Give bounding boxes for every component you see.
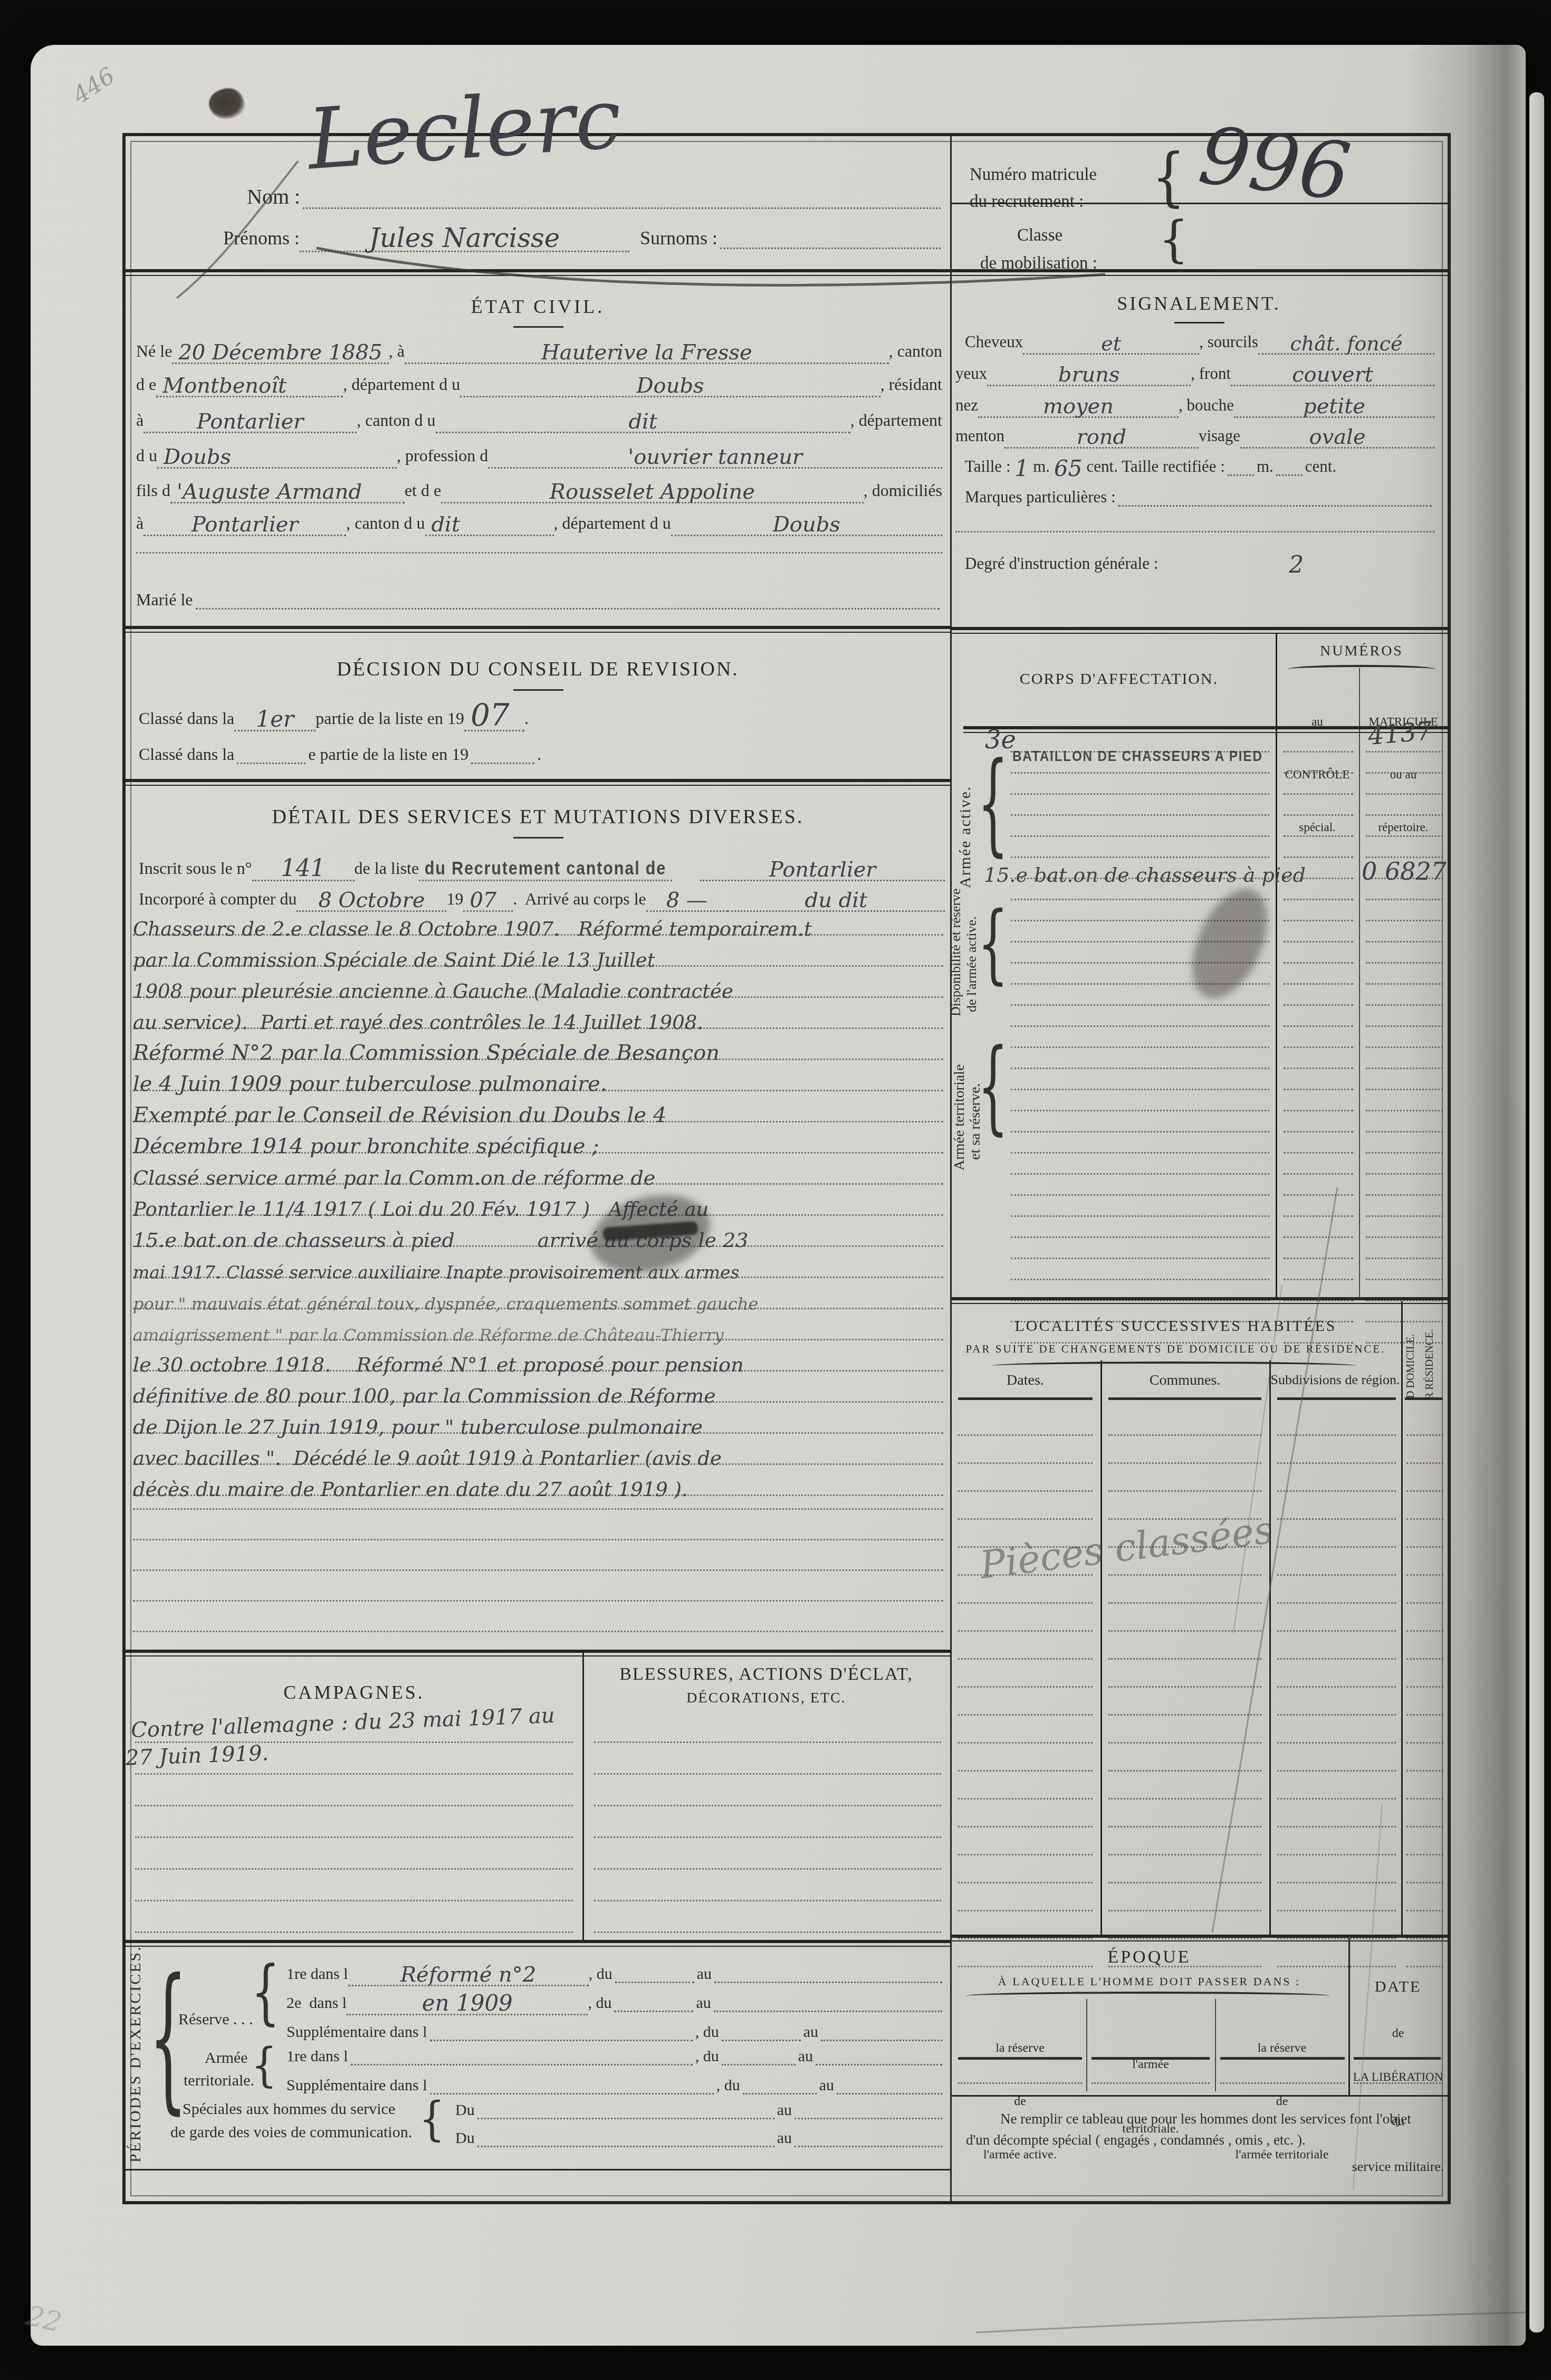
profession-value: 'ouvrier tanneur	[488, 447, 942, 469]
periodes-side-label: PÉRIODES D'EXERCICES.	[127, 1967, 145, 2163]
cheveux-value: et	[1023, 334, 1199, 355]
front-label: , front	[1191, 364, 1231, 386]
register-page: 446 22 Nom : Leclerc Prénoms : Jules Nar…	[31, 45, 1526, 2346]
armee-active-side-label: Armée active.	[956, 751, 974, 888]
decision-row-2: Classé dans la e partie de la liste en 1…	[139, 736, 825, 767]
services-bottom-rule	[126, 1650, 950, 1657]
epoque-col1-line1: la réserve	[955, 2040, 1085, 2058]
yeux-label: yeux	[955, 364, 987, 386]
taille-rect-cm-label: cent.	[1305, 457, 1336, 479]
degre-label: Degré d'instruction générale :	[965, 554, 1158, 576]
birth-place-value: Hauterive la Fresse	[405, 342, 889, 364]
localites-swash	[992, 1362, 1356, 1370]
bataillon-chasseurs-stamp: BATAILLON DE CHASSEURS A PIED	[1012, 747, 1263, 765]
parents-residence-value: Pontarlier	[143, 515, 346, 536]
profession-label: , profession d	[397, 446, 488, 469]
service-line-4: au service). Parti et rayé des contrôles…	[133, 1013, 703, 1032]
epoque-swash	[966, 1992, 1330, 2000]
epoque-bottom-rule	[950, 2095, 1448, 2097]
classe1-partie-value: 1er	[234, 709, 315, 731]
right-column: SIGNALEMENT. Cheveux et , sourcils chât.…	[950, 136, 1448, 2201]
communes-rows	[1108, 1408, 1261, 1967]
canton2-label: , canton d u	[357, 411, 435, 433]
service-line-6: le 4 Juin 1909 pour tuberculose pulmonai…	[133, 1074, 607, 1094]
epoque-note-1: Ne remplir ce tableau que pour les homme…	[1000, 2111, 1411, 2127]
etat-row-2: d e Montbenoît , département d u Doubs ,…	[136, 366, 942, 397]
nom-label: Nom :	[247, 184, 300, 212]
speciales1-au: au	[777, 2101, 792, 2122]
subdiv-dr-divider	[1401, 1301, 1403, 1935]
dates-communes-divider	[1100, 1360, 1102, 1935]
blessures-title-1: BLESSURES, ACTIONS D'ÉCLAT,	[582, 1664, 950, 1684]
etat-row-4: d u Doubs , profession d 'ouvrier tanneu…	[136, 437, 942, 469]
localites-title: LOCALITÉS SUCCESSIVES HABITÉES	[950, 1317, 1401, 1335]
territoriale-label-1: Armée	[205, 2049, 248, 2067]
service-line-13: pour " mauvais état général toux, dyspné…	[133, 1296, 758, 1312]
father-value: 'Auguste Armand	[170, 482, 405, 503]
speciales-label-1: Spéciales aux hommes du service	[183, 2100, 395, 2118]
a3-label: à	[136, 513, 143, 536]
service-line-14: amaigrissement " par la Commission de Ré…	[133, 1327, 724, 1343]
controle-matricule-divider	[1359, 668, 1360, 1299]
etat-row-5: fils d 'Auguste Armand et d e Rousselet …	[136, 472, 942, 503]
territoriale2-label: Supplémentaire dans l	[286, 2077, 427, 2098]
taille-rect-m-label: m.	[1257, 457, 1274, 479]
canton-label: , canton	[889, 341, 942, 364]
epoque-subtitle: À LAQUELLE L'HOMME DOIT PASSER DANS :	[950, 1975, 1348, 1988]
signalement-row-2: yeux bruns , front couvert	[955, 359, 1434, 386]
corps-affectation-header: CORPS D'AFFECTATION.	[971, 670, 1267, 688]
campagnes-bottom-rule	[126, 1940, 950, 1947]
service-line-15: le 30 octobre 1918. Réformé N°1 et propo…	[133, 1355, 744, 1374]
numeros-header: NUMÉROS	[1280, 643, 1443, 660]
territoriale-row-2: Supplémentaire dans l , du au	[286, 2069, 945, 2098]
reserve1-label: 1re dans l	[286, 1965, 348, 1986]
a-label: , à	[389, 341, 405, 364]
speciales2-au: au	[777, 2129, 792, 2150]
dates-header-rule	[958, 1397, 1093, 1400]
epoque-title: ÉPOQUE	[950, 1947, 1348, 1967]
services-handwriting-block: Chasseurs de 2.e classe le 8 Octobre 190…	[133, 905, 943, 1496]
departement-label: , département d u	[343, 375, 460, 397]
inscrit-liste-label: de la liste	[355, 859, 419, 881]
services-title: DÉTAIL DES SERVICES ET MUTATIONS DIVERSE…	[126, 805, 950, 829]
classe2-dot: .	[537, 745, 541, 767]
residence-vertical-label: R RÉSIDENCE.	[1424, 1305, 1436, 1400]
epoque-col3-line1: la réserve	[1217, 2040, 1347, 2058]
departement4-label: , département d u	[554, 513, 671, 536]
nez-value: moyen	[978, 396, 1179, 418]
departement-value: Doubs	[460, 376, 880, 397]
domicile-vertical-label: D DOMICILE.	[1405, 1309, 1417, 1398]
epoque-c2-dotline	[1092, 2082, 1210, 2084]
taille-row: Taille : 1 m. 65 cent. Taille rectifiée …	[965, 452, 1434, 479]
reserve1-au: au	[697, 1965, 712, 1986]
territoriale1-label: 1re dans l	[286, 2048, 348, 2069]
du-label: d u	[136, 446, 157, 469]
etat-civil-title: ÉTAT CIVIL.	[126, 296, 950, 318]
service-line-1: Chasseurs de 2.e classe le 8 Octobre 190…	[133, 920, 812, 938]
service-line-16: définitive de 80 pour 100, par la Commis…	[133, 1386, 716, 1405]
epoque-c2-divider	[1215, 1999, 1216, 2091]
signalement-title-rule	[1174, 322, 1224, 323]
reserve1-du: , du	[589, 1965, 612, 1986]
mother-value: Rousselet Appoline	[441, 482, 864, 503]
dr-rows	[1406, 1408, 1443, 1967]
fils-label: fils d	[136, 481, 170, 503]
inscrit-label: Inscrit sous le n°	[139, 859, 252, 881]
ne-le-label: Né le	[136, 341, 172, 364]
nom-value: Leclerc	[305, 79, 624, 179]
canton-value: Montbenoît	[156, 376, 343, 397]
epoque-col3-line3: l'armée territoriale	[1217, 2146, 1347, 2164]
epoque-c1-rule	[958, 2057, 1082, 2060]
matricule-rows	[1366, 731, 1443, 1344]
speciales2-du: Du	[455, 2129, 475, 2150]
corps-row1-numero: 3e	[985, 728, 1016, 753]
cheveux-label: Cheveux	[965, 332, 1023, 355]
dates-rows	[958, 1408, 1093, 1967]
yeux-value: bruns	[987, 365, 1191, 386]
signalement-row-3: nez moyen , bouche petite	[955, 391, 1434, 418]
subdiv-header-rule	[1277, 1397, 1396, 1400]
prenoms-label: Prénoms :	[223, 227, 300, 252]
reserve-row-1: 1re dans l Réformé n°2 , du au	[286, 1958, 945, 1986]
a2-label: à	[136, 411, 143, 433]
marie-row: Marié le	[136, 582, 942, 613]
residence-value: Pontarlier	[143, 412, 357, 433]
etat-row-3: à Pontarlier , canton d u dit , départem…	[136, 402, 942, 433]
classe1-liste-label: partie de la liste en 19	[315, 709, 464, 731]
registration-form: Nom : Leclerc Prénoms : Jules Narcisse S…	[122, 133, 1451, 2204]
classe1-dot: .	[524, 709, 529, 731]
territoriale-row-1: 1re dans l , du au	[286, 2040, 945, 2069]
prenoms-value: Jules Narcisse	[300, 226, 629, 253]
marques-label: Marques particulières :	[965, 488, 1116, 510]
service-line-17: de Dijon le 27 Juin 1919, pour " tubercu…	[133, 1417, 703, 1436]
reserve2-au: au	[696, 1994, 711, 2015]
service-line-7: Exempté par le Conseil de Révision du Do…	[133, 1105, 666, 1125]
date-line5: service militaire.	[1350, 2156, 1446, 2177]
marie-label: Marié le	[136, 590, 193, 613]
inscrit-row: Inscrit sous le n° 141 de la liste du Re…	[139, 850, 945, 881]
reserve2-value: en 1909	[347, 1993, 588, 2015]
recrutement-stamp: du Recrutement cantonal de	[419, 858, 672, 881]
services-title-rule	[513, 837, 563, 839]
localites-top-rule	[950, 1297, 1448, 1304]
birth-date-value: 20 Décembre 1885	[172, 342, 388, 364]
canton3-label: , canton d u	[346, 513, 425, 536]
territoriale-reserve-brace: {	[978, 1036, 1009, 1138]
reserve-brace: {	[251, 1958, 280, 2028]
periodes-brace: {	[149, 1958, 188, 2116]
ink-blot	[209, 88, 245, 119]
reserve2-label: 2e dans l	[286, 1994, 347, 2015]
dates-header: Dates.	[950, 1372, 1100, 1389]
inscrit-numero-value: 141	[252, 858, 355, 881]
taille-label: Taille :	[965, 457, 1011, 479]
campagnes-value-2: 27 Juin 1919.	[125, 1743, 269, 1768]
communes-subdiv-divider	[1269, 1360, 1271, 1935]
decision-title-rule	[513, 689, 563, 691]
canton2-value: dit	[436, 412, 850, 433]
periodes-bottom-rule	[126, 2169, 950, 2170]
departement4-value: Doubs	[671, 515, 942, 536]
etat-row-1: Né le 20 Décembre 1885 , à Hauterive la …	[136, 332, 942, 364]
corps-row2-value: 15.e bat.on de chasseurs à pied	[984, 865, 1306, 884]
taille-m-label: m.	[1033, 457, 1050, 479]
etat-row-6: à Pontarlier , canton d u dit , départem…	[136, 504, 942, 536]
localites-subtitle: PAR SUITE DE CHANGEMENTS DE DOMICILE OU …	[950, 1343, 1401, 1356]
decision-bottom-rule	[126, 779, 950, 786]
sourcils-value: chât. foncé	[1258, 334, 1434, 355]
controle-rows	[1284, 731, 1353, 1344]
territoriale-label-2: territoriale.	[184, 2072, 254, 2090]
reserve-row-2: 2e dans l en 1909 , du au	[286, 1987, 945, 2015]
communes-header: Communes.	[1100, 1372, 1269, 1389]
numeros-brace	[1288, 665, 1435, 673]
service-line-18: avec bacilles ". Décédé le 9 août 1919 à…	[133, 1449, 722, 1468]
reserve1-value: Réformé n°2	[348, 1965, 589, 1986]
subdivisions-header: Subdivisions de région.	[1269, 1372, 1401, 1388]
decision-row-1: Classé dans la 1er partie de la liste en…	[139, 700, 825, 731]
epoque-date-rule	[1354, 2057, 1441, 2060]
epoque-c3-rule	[1220, 2057, 1345, 2060]
service-line-5: Réformé N°2 par la Commission Spéciale d…	[133, 1043, 720, 1063]
nez-label: nez	[955, 396, 978, 418]
epoque-col1-line3: l'armée active.	[955, 2146, 1085, 2164]
epoque-c2-rule	[1092, 2057, 1210, 2060]
sourcils-label: , sourcils	[1199, 332, 1258, 355]
territoriale1-du: , du	[695, 2048, 719, 2069]
departement2-label: , département	[850, 411, 942, 433]
epoque-c1-dotline	[958, 2082, 1082, 2084]
speciales-brace: {	[419, 2096, 445, 2143]
subdiv-rows	[1277, 1408, 1396, 1967]
classe1-annee-value: 07	[464, 701, 524, 731]
service-line-9: Classé service armé par la Comm.on de ré…	[133, 1168, 655, 1187]
classe2-label: Classé dans la	[139, 745, 234, 767]
service-line-8: Décembre 1914 pour bronchite spécifique …	[133, 1136, 599, 1156]
epoque-col2-header: l'armée territoriale.	[1087, 2011, 1214, 2183]
inscrit-lieu-value: Pontarlier	[700, 860, 945, 881]
epoque-top-rule	[950, 1935, 1448, 1941]
pencil-bottom-mark: 22	[23, 2300, 65, 2339]
signalement-title: SIGNALEMENT.	[950, 292, 1448, 315]
etat-empty-line	[136, 552, 942, 554]
degre-row: Degré d'instruction générale : 2	[965, 547, 1434, 576]
domicilies-label: , domiciliés	[864, 481, 942, 503]
scanned-military-register-photo: { "page": { "pencil_number": "446", "pen…	[0, 0, 1551, 2380]
date-liberation-header: DATE de LA LIBÉRATION du service militai…	[1350, 1949, 1446, 2202]
etat-civil-title-rule	[513, 326, 563, 328]
territoriale2-du: , du	[716, 2077, 740, 2098]
blessures-lines	[594, 1711, 941, 1933]
front-value: couvert	[1231, 365, 1434, 386]
date-line1: DATE	[1350, 1975, 1446, 1998]
blessures-title-2: DÉCORATIONS, ETC.	[582, 1690, 950, 1707]
communes-header-rule	[1108, 1397, 1261, 1400]
epoque-col1-header: la réserve de l'armée active.	[955, 2004, 1085, 2200]
bouche-value: petite	[1234, 396, 1434, 418]
territoriale-side-label-1: Armée territoriale	[951, 1033, 968, 1170]
corps-rows	[1011, 731, 1269, 1344]
etat-bottom-rule	[126, 626, 950, 633]
taille-m-value: 1	[1011, 458, 1033, 479]
visage-label: visage	[1199, 426, 1240, 449]
menton-label: menton	[955, 426, 1004, 449]
marques-empty-line	[955, 531, 1434, 532]
epoque-col3-header: la réserve de l'armée territoriale	[1217, 2004, 1347, 2200]
prenoms-row: Prénoms : Jules Narcisse	[223, 220, 629, 252]
service-line-2: par la Commission Spéciale de Saint Dié …	[133, 951, 655, 969]
corps-row1-matricule: 4137	[1367, 719, 1433, 749]
taille-cm-value: 65	[1050, 458, 1086, 479]
pencil-page-number: 446	[68, 62, 120, 109]
residant-label: , résidant	[880, 375, 942, 397]
epoque-date-dotline	[1354, 2082, 1441, 2084]
menton-value: rond	[1004, 427, 1199, 449]
departement3-value: Doubs	[157, 447, 397, 469]
services-empty-lines	[133, 1479, 943, 1632]
classe1-label: Classé dans la	[139, 709, 234, 731]
disponibilite-brace: {	[978, 900, 1009, 987]
signalement-row-1: Cheveux et , sourcils chât. foncé	[965, 327, 1434, 355]
dr-header-rule	[1405, 1397, 1443, 1400]
epoque-note-2: d'un décompte spécial ( engagés , condam…	[966, 2132, 1306, 2148]
speciales1-du: Du	[455, 2101, 475, 2122]
decision-title: DÉCISION DU CONSEIL DE REVISION.	[126, 658, 950, 681]
armee-active-brace: {	[978, 748, 1009, 859]
taille-rectifiee-label: cent. Taille rectifiée :	[1087, 457, 1225, 479]
speciales-row-2: Du au	[455, 2123, 945, 2150]
speciales-label-2: de garde des voies de communication.	[170, 2124, 412, 2141]
territoriale2-au: au	[819, 2077, 834, 2098]
de-label: d e	[136, 375, 156, 397]
date-line2: de	[1350, 2024, 1446, 2043]
marques-row: Marques particulières :	[965, 482, 1434, 510]
et-de-label: et d e	[405, 481, 441, 503]
classe2-liste-label: e partie de la liste en 19	[308, 745, 468, 767]
speciales-row-1: Du au	[455, 2095, 945, 2122]
canton3-value: dit	[425, 515, 554, 536]
signalement-bottom-rule	[950, 627, 1448, 634]
surnoms-row: Surnoms :	[640, 222, 943, 252]
corps-row2-matricule: 0 6827	[1362, 860, 1447, 883]
territoriale1-au: au	[798, 2048, 813, 2069]
surnoms-label: Surnoms :	[640, 227, 717, 252]
reserve2-du: , du	[588, 1994, 611, 2015]
territoriale-brace: {	[251, 2042, 277, 2089]
bouche-label: , bouche	[1179, 396, 1234, 418]
signalement-row-4: menton rond visage ovale	[955, 421, 1434, 449]
service-line-3: 1908 pour pleurésie ancienne à Gauche (M…	[133, 982, 733, 1001]
adjacent-page-edge	[1529, 92, 1544, 2333]
campagnes-title: CAMPAGNES.	[126, 1681, 582, 1703]
degre-value: 2	[1158, 554, 1434, 576]
epoque-c3-dotline	[1220, 2082, 1345, 2084]
visage-value: ovale	[1240, 427, 1434, 449]
reserve-label: Réserve . . .	[178, 2011, 253, 2029]
disponibilite-side-label-1: Disponibilité et réserve	[948, 879, 964, 1016]
